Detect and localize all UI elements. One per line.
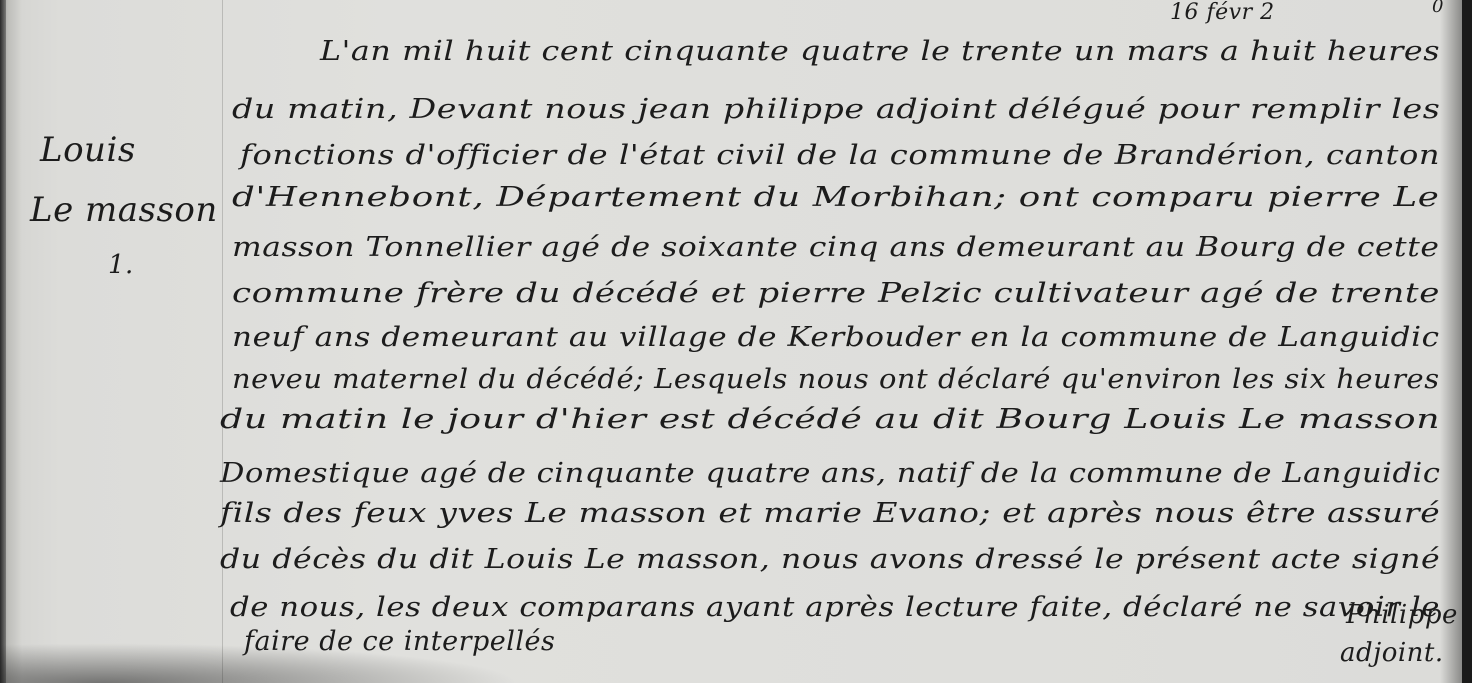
body-line-11: fils des feux yves Le masson et marie Ev… bbox=[220, 498, 1440, 529]
margin-note-given-name: Louis bbox=[40, 130, 136, 170]
body-line-6: commune frère du décédé et pierre Pelzic… bbox=[232, 278, 1440, 309]
body-line-2: du matin, Devant nous jean philippe adjo… bbox=[232, 94, 1440, 125]
body-line-13: de nous, les deux comparans ayant après … bbox=[230, 592, 1440, 623]
signature-title: adjoint. bbox=[1340, 638, 1444, 668]
body-line-9: du matin le jour d'hier est décédé au di… bbox=[220, 404, 1440, 435]
register-page: 16 févr 2 0 Louis Le masson 1. L'an mil … bbox=[0, 0, 1472, 683]
body-line-7: neuf ans demeurant au village de Kerboud… bbox=[232, 322, 1440, 353]
body-line-14: faire de ce interpellés bbox=[244, 626, 555, 657]
body-line-4: d'Hennebont, Département du Morbihan; on… bbox=[232, 182, 1439, 213]
body-line-8: neveu maternel du décédé; Lesquels nous … bbox=[232, 364, 1440, 395]
signature-name: Philippe bbox=[1346, 600, 1458, 630]
body-line-5: masson Tonnellier agé de soixante cinq a… bbox=[232, 232, 1439, 263]
body-line-1: L'an mil huit cent cinquante quatre le t… bbox=[320, 36, 1440, 67]
body-line-10: Domestique agé de cinquante quatre ans, … bbox=[220, 458, 1440, 489]
body-line-12: du décès du dit Louis Le masson, nous av… bbox=[220, 544, 1440, 575]
margin-note-number: 1. bbox=[108, 250, 134, 280]
margin-rule bbox=[222, 0, 223, 683]
page-binding-edge bbox=[0, 0, 6, 683]
folio-mark: 16 févr 2 bbox=[1170, 0, 1275, 25]
page-right-edge bbox=[1462, 0, 1472, 683]
body-line-3: fonctions d'officier de l'état civil de … bbox=[240, 140, 1440, 171]
corner-mark: 0 bbox=[1432, 0, 1444, 17]
margin-note-surname: Le masson bbox=[30, 190, 218, 230]
